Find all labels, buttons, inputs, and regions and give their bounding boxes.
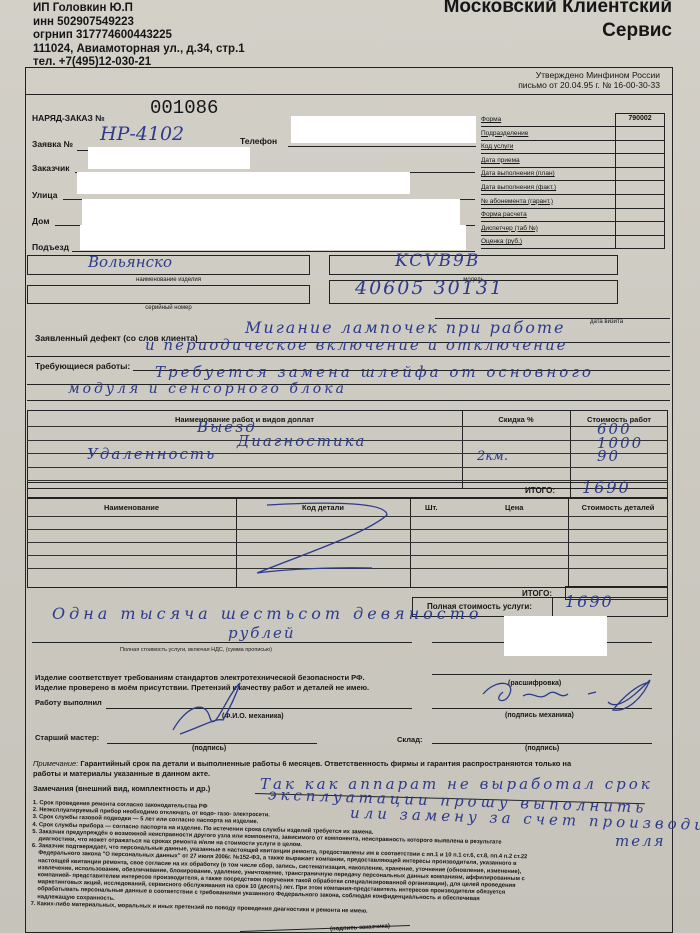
request-label: Заявка №: [32, 139, 73, 149]
works-header-discount: Скидка %: [462, 415, 570, 424]
works-needed-text-2[interactable]: модуля и сенсорного блока: [68, 381, 347, 397]
customer-label: Заказчик: [32, 163, 69, 173]
amount-words-caption: Полная стоимость услуги, включая НДС, (с…: [120, 647, 272, 653]
company-address: 111024, Авиамоторная ул., д.34, стр.1: [33, 43, 245, 57]
works-line-3: [27, 400, 670, 401]
side-table-row-line: [481, 235, 665, 236]
company-inn: инн 502907549223: [33, 16, 245, 30]
street-redacted: [77, 172, 410, 194]
street-label: Улица: [32, 190, 57, 200]
visit-date-caption: дата визита: [590, 319, 623, 325]
parts-table: Наименование Код детали Шт. Цена Стоимос…: [27, 498, 668, 588]
mechanic-signature: [165, 678, 255, 738]
service-info-table: 790002 ФормаПодразделениеКод услугиДата …: [481, 113, 668, 253]
note-text: Гарантийный срок па детали и выполненные…: [80, 759, 571, 768]
client-signature: [478, 672, 658, 722]
house-label: Дом: [32, 216, 50, 226]
header-divider: [25, 94, 673, 95]
master-line: [107, 743, 317, 744]
work-name[interactable]: Диагностика: [237, 432, 366, 450]
amount-sign-redacted: [504, 616, 607, 656]
service-order-document: ИП Головкин Ю.П инн 502907549223 огрнип …: [0, 0, 700, 933]
phone-label: Телефон: [240, 136, 277, 146]
company-name: ИП Головкин Ю.П: [33, 2, 245, 16]
strike-z-mark: [227, 493, 407, 583]
entrance-label: Подъезд: [32, 242, 69, 252]
terms-list: 1. Срок проведения ремонта согласно зако…: [31, 800, 673, 923]
brand-title: Московский Клиентский Сервис: [444, 0, 672, 43]
side-table-row-line: [481, 167, 665, 168]
defect-text-1[interactable]: Мигание лампочек при работе: [245, 318, 565, 337]
serial-value: 40605 30131: [355, 277, 504, 299]
side-table-label: Форма расчета: [481, 211, 527, 218]
side-table-label: Форма: [481, 116, 501, 123]
brand-line-2: Сервис: [444, 19, 672, 43]
side-table-row-line: [481, 248, 665, 249]
work-name[interactable]: Удаленность: [87, 445, 216, 463]
master-caption: (подпись): [192, 745, 226, 752]
product-name-value: Вольянско: [88, 253, 172, 271]
side-table-label: № абонемента (гарант.): [481, 198, 553, 205]
amount-words-line: [32, 642, 412, 643]
works-needed-label: Требующиеся работы:: [35, 361, 130, 371]
company-block: ИП Головкин Ю.П инн 502907549223 огрнип …: [33, 2, 245, 70]
master-label: Старший мастер:: [35, 733, 99, 742]
work-discount[interactable]: 2км.: [477, 449, 508, 464]
parts-header-price: Цена: [505, 503, 523, 512]
amount-in-words-2[interactable]: рублей: [228, 624, 296, 642]
side-table-label: Дата выполнения (факт.): [481, 184, 556, 191]
defect-line-2: [27, 356, 670, 357]
defect-text-2[interactable]: и периодическое включение и отключение: [145, 336, 568, 354]
performed-line: [106, 708, 412, 709]
side-table-label: Код услуги: [481, 143, 513, 150]
side-table-label: Дата выполнения (план): [481, 170, 555, 177]
form-code: 790002: [615, 115, 665, 122]
parts-header-name: Наименование: [27, 503, 236, 512]
request-value[interactable]: НР-4102: [100, 123, 184, 145]
side-table-row-line: [481, 180, 665, 181]
serial-caption: серийный номер: [27, 305, 310, 311]
side-table-row-line: [481, 153, 665, 154]
house-redacted: [82, 199, 460, 225]
side-table-row-line: [481, 208, 665, 209]
warehouse-line: [432, 743, 652, 744]
model-value: KCVB9B: [395, 251, 480, 271]
side-table-row-line: [481, 194, 665, 195]
full-cost-divider: [552, 597, 553, 617]
approval-line-2: письмо от 20.04.95 г. № 16-00-30-33: [518, 80, 660, 90]
work-cost[interactable]: 90: [597, 447, 620, 465]
company-ogrnip: огрнип 317774600443225: [33, 29, 245, 43]
works-needed-text-1[interactable]: Требуется замена шлейфа от основного: [155, 363, 594, 381]
side-table-label: Дата приема: [481, 157, 520, 164]
note-prefix: Примечание:: [33, 759, 78, 768]
works-total-divider: [570, 482, 571, 498]
side-table-row-line: [481, 126, 665, 127]
side-table-label: Подразделение: [481, 130, 528, 137]
parts-header-qty: Шт.: [425, 503, 438, 512]
serial-blank-field[interactable]: [27, 285, 310, 304]
product-name-caption: наименование изделия: [27, 277, 310, 283]
full-cost-value: 1690: [565, 592, 614, 611]
works-total-label: ИТОГО:: [525, 486, 555, 495]
side-table-row-line: [481, 140, 665, 141]
phone-underline: [288, 146, 476, 147]
approval-note: Утверждено Минфином России письмо от 20.…: [518, 70, 660, 90]
warehouse-caption: (подпись): [525, 745, 559, 752]
customer-redacted: [88, 147, 250, 169]
side-table-label: Диспетчер (таб №): [481, 225, 538, 232]
amount-in-words-1[interactable]: Одна тысяча шестьсот девяносто: [52, 604, 483, 623]
works-total-value: 1690: [582, 478, 631, 497]
order-title-label: НАРЯД-ЗАКАЗ №: [32, 113, 105, 123]
remarks-label: Замечания (внешний вид, комплектность и …: [33, 784, 210, 793]
performed-label: Работу выполнил: [35, 698, 102, 707]
side-table-label: Оценка (руб.): [481, 238, 522, 245]
brand-line-1: Московский Клиентский: [444, 0, 672, 19]
warehouse-label: Склад:: [397, 735, 422, 744]
parts-header-total: Стоимость деталей: [568, 503, 668, 512]
phone-redacted: [291, 116, 476, 143]
side-table-row-line: [481, 221, 665, 222]
entrance-redacted: [80, 225, 466, 250]
order-number: 001086: [150, 97, 218, 119]
approval-line-1: Утверждено Минфином России: [518, 70, 660, 80]
